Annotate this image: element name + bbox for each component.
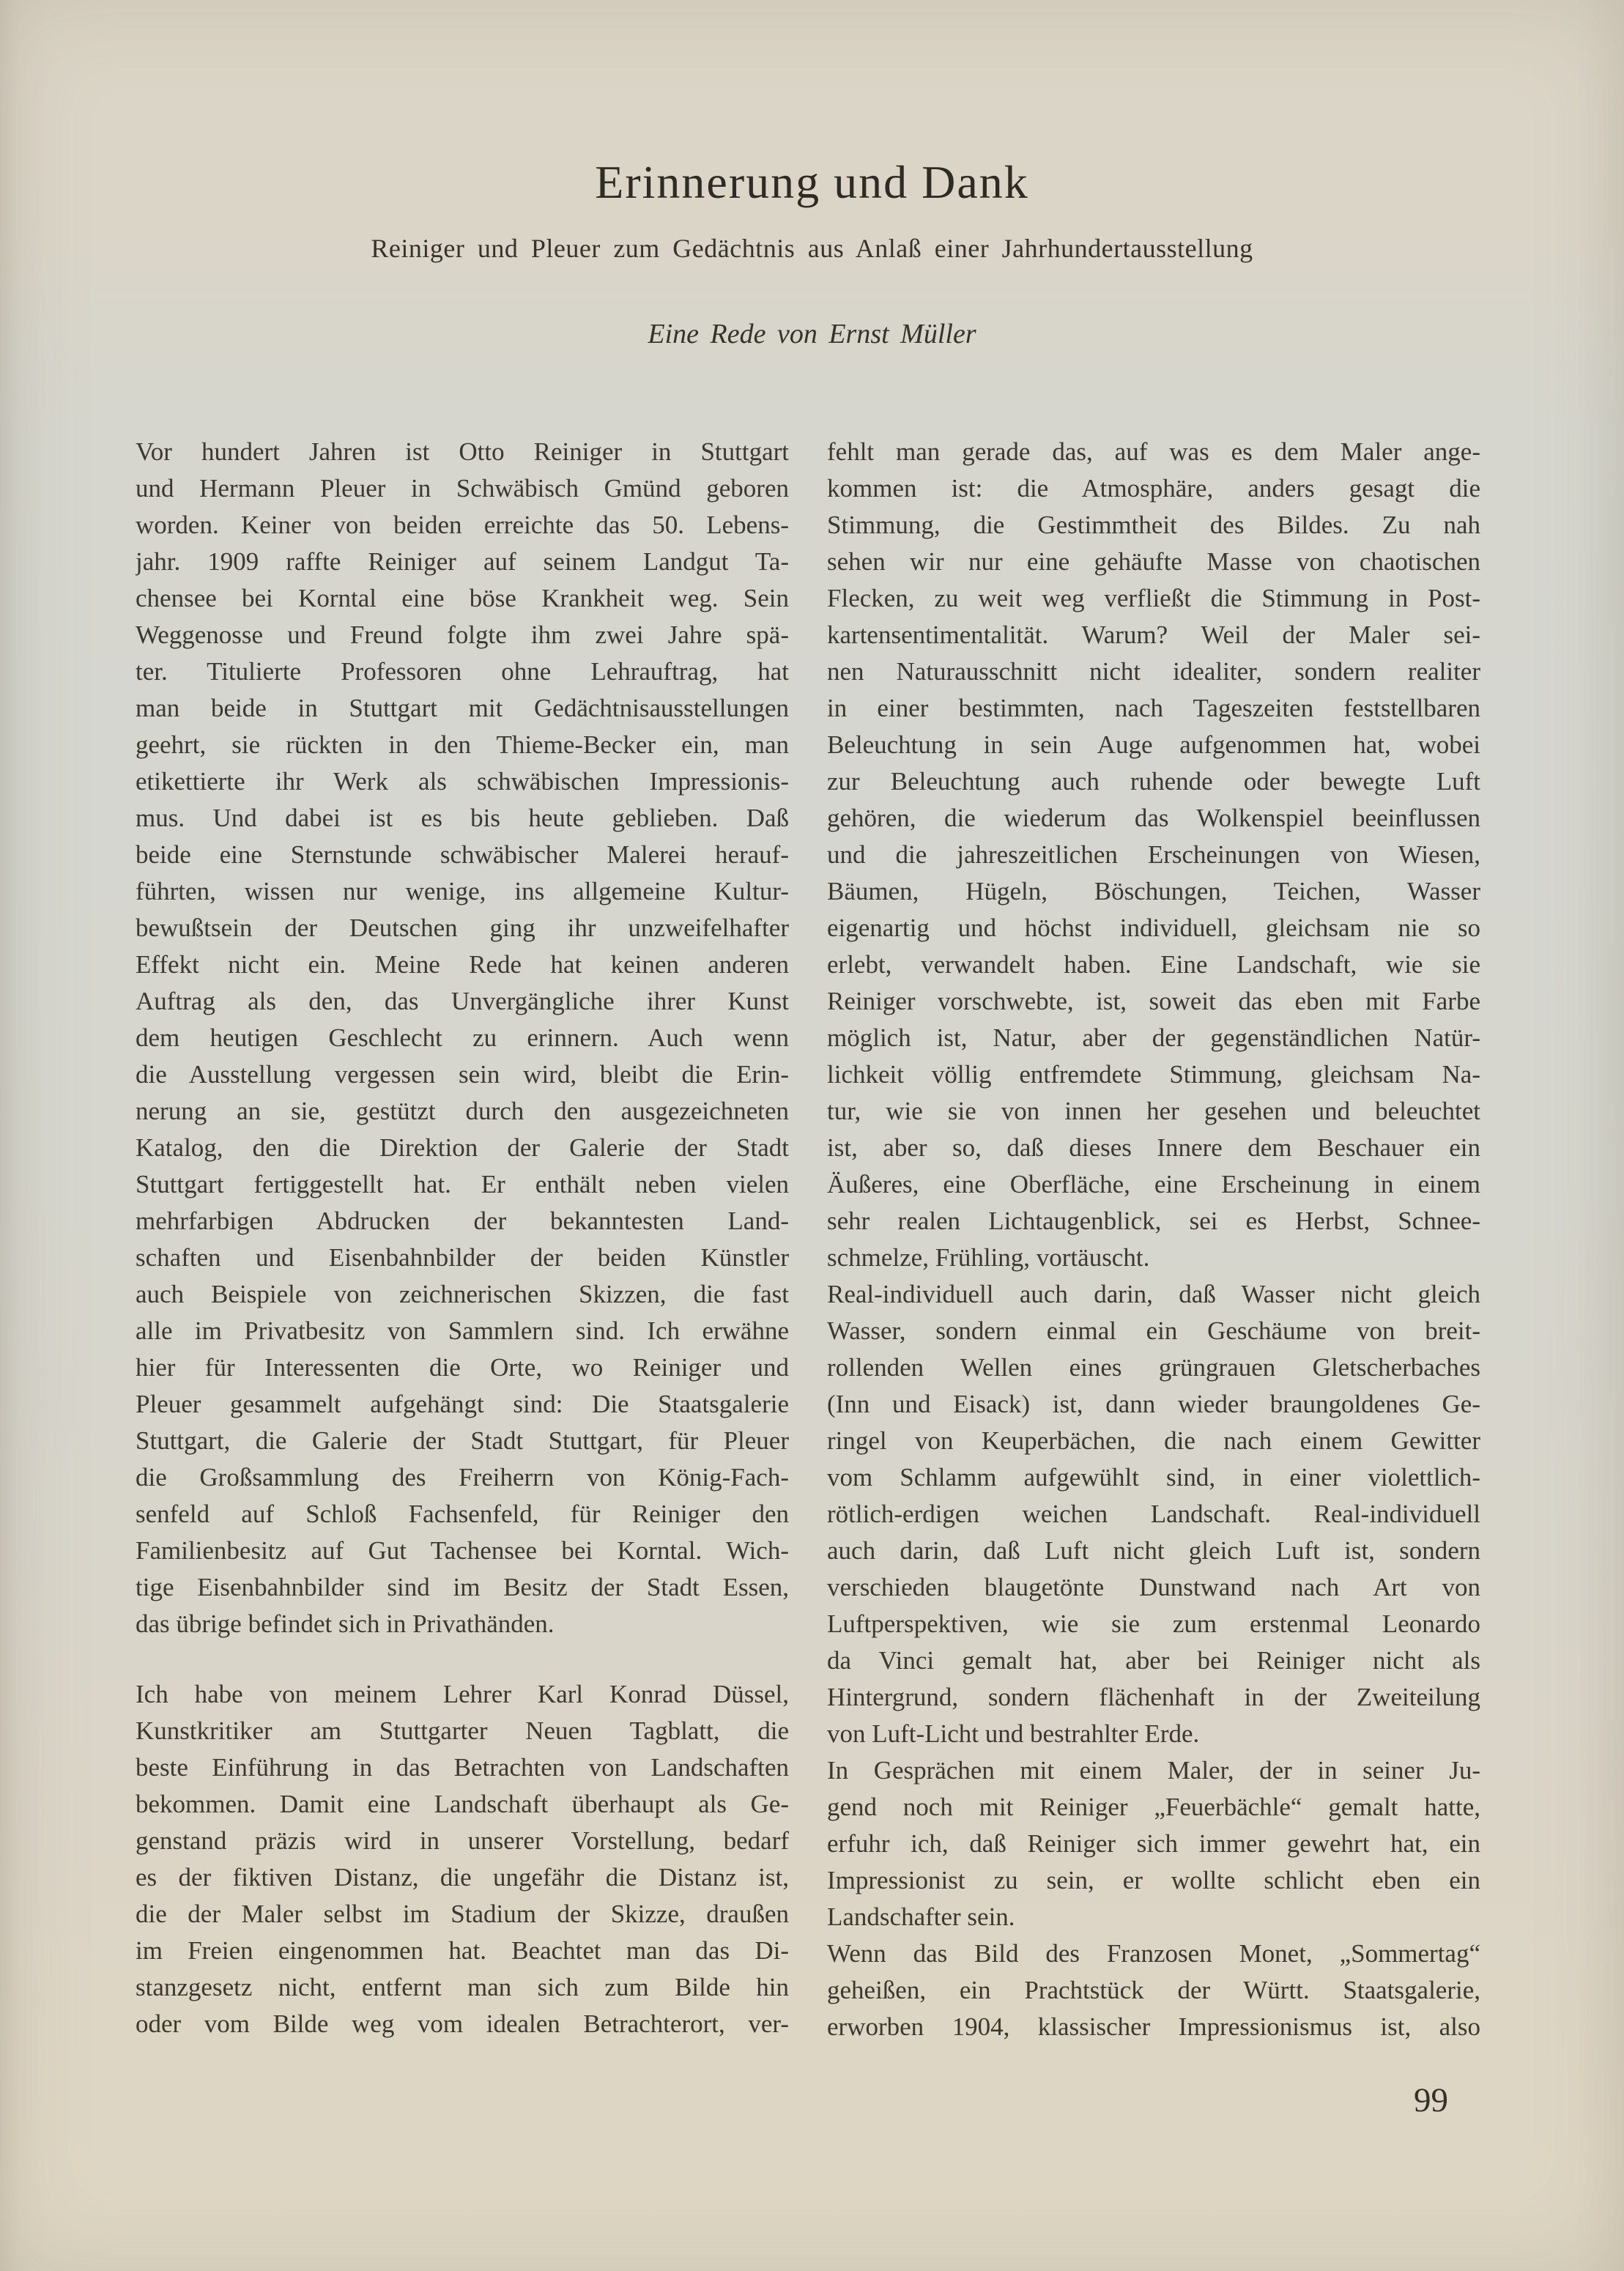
text-line: erlebt, verwandelt haben. Eine Landschaf… bbox=[827, 946, 1480, 983]
text-line: verschieden blaugetönte Dunstwand nach A… bbox=[827, 1569, 1480, 1606]
text-line: ringel von Keuperbächen, die nach einem … bbox=[827, 1423, 1480, 1459]
text-line: erworben 1904, klassischer Impressionism… bbox=[827, 2009, 1480, 2045]
page-title: Erinnerung und Dank bbox=[0, 155, 1624, 210]
text-line: Vor hundert Jahren ist Otto Reiniger in … bbox=[136, 434, 789, 470]
text-line: Auftrag als den, das Unvergängliche ihre… bbox=[136, 983, 789, 1020]
text-line: beste Einführung in das Betrachten von L… bbox=[136, 1749, 789, 1786]
text-line: Beleuchtung in sein Auge aufgenommen hat… bbox=[827, 727, 1480, 763]
text-line: Familienbesitz auf Gut Tachensee bei Kor… bbox=[136, 1533, 789, 1569]
text-line: führten, wissen nur wenige, ins allgemei… bbox=[136, 873, 789, 910]
left-column: Vor hundert Jahren ist Otto Reiniger in … bbox=[136, 434, 789, 2045]
text-line: mus. Und dabei ist es bis heute gebliebe… bbox=[136, 800, 789, 837]
page-number: 99 bbox=[1414, 2081, 1448, 2120]
text-line: Pleuer gesammelt aufgehängt sind: Die St… bbox=[136, 1386, 789, 1423]
paragraph: Vor hundert Jahren ist Otto Reiniger in … bbox=[136, 434, 789, 1642]
text-line: schaften und Eisenbahnbilder der beiden … bbox=[136, 1240, 789, 1276]
text-line: im Freien eingenommen hat. Beachtet man … bbox=[136, 1933, 789, 1969]
text-line: eigenartig und höchst individuell, gleic… bbox=[827, 910, 1480, 946]
text-line: Reiniger vorschwebte, ist, soweit das eb… bbox=[827, 983, 1480, 1020]
text-line: genstand präzis wird in unserer Vorstell… bbox=[136, 1823, 789, 1859]
text-line: die Ausstellung vergessen sein wird, ble… bbox=[136, 1056, 789, 1093]
paragraph: Ich habe von meinem Lehrer Karl Konrad D… bbox=[136, 1676, 789, 2042]
text-line: es der fiktiven Distanz, die ungefähr di… bbox=[136, 1859, 789, 1896]
text-line: bekommen. Damit eine Landschaft überhaup… bbox=[136, 1786, 789, 1823]
text-line: Effekt nicht ein. Meine Rede hat keinen … bbox=[136, 946, 789, 983]
text-line: Landschafter sein. bbox=[827, 1899, 1480, 1935]
text-line: lichkeit völlig entfremdete Stimmung, gl… bbox=[827, 1056, 1480, 1093]
text-line: Wenn das Bild des Franzosen Monet, „Somm… bbox=[827, 1935, 1480, 1972]
text-line: gend noch mit Reiniger „Feuerbächle“ gem… bbox=[827, 1789, 1480, 1826]
text-line: auch darin, daß Luft nicht gleich Luft i… bbox=[827, 1533, 1480, 1569]
text-line: ter. Titulierte Professoren ohne Lehrauf… bbox=[136, 653, 789, 690]
text-line: Luftperspektiven, wie sie zum erstenmal … bbox=[827, 1606, 1480, 1642]
text-line: kartensentimentalität. Warum? Weil der M… bbox=[827, 617, 1480, 653]
text-line: ist, aber so, daß dieses Innere dem Besc… bbox=[827, 1130, 1480, 1166]
text-line: hier für Interessenten die Orte, wo Rein… bbox=[136, 1349, 789, 1386]
text-line: kommen ist: die Atmosphäre, anders gesag… bbox=[827, 470, 1480, 507]
text-line: Real-individuell auch darin, daß Wasser … bbox=[827, 1276, 1480, 1313]
text-line: und Hermann Pleuer in Schwäbisch Gmünd g… bbox=[136, 470, 789, 507]
text-line: dem heutigen Geschlecht zu erinnern. Auc… bbox=[136, 1020, 789, 1056]
text-line: zur Beleuchtung auch ruhende oder bewegt… bbox=[827, 763, 1480, 800]
text-line: (Inn und Eisack) ist, dann wieder braung… bbox=[827, 1386, 1480, 1423]
text-line: fehlt man gerade das, auf was es dem Mal… bbox=[827, 434, 1480, 470]
text-line: die Großsammlung des Freiherrn von König… bbox=[136, 1459, 789, 1496]
text-line: schmelze, Frühling, vortäuscht. bbox=[827, 1240, 1480, 1276]
text-line: jahr. 1909 raffte Reiniger auf seinem La… bbox=[136, 544, 789, 580]
text-line: erfuhr ich, daß Reiniger sich immer gewe… bbox=[827, 1826, 1480, 1862]
text-line: Hintergrund, sondern flächenhaft in der … bbox=[827, 1679, 1480, 1716]
text-line: Stimmung, die Gestimmtheit des Bildes. Z… bbox=[827, 507, 1480, 544]
text-line: Ich habe von meinem Lehrer Karl Konrad D… bbox=[136, 1676, 789, 1713]
text-line: beide eine Sternstunde schwäbischer Male… bbox=[136, 837, 789, 873]
text-line: da Vinci gemalt hat, aber bei Reiniger n… bbox=[827, 1642, 1480, 1679]
byline: Eine Rede von Ernst Müller bbox=[0, 318, 1624, 350]
text-line: in einer bestimmten, nach Tageszeiten fe… bbox=[827, 690, 1480, 727]
text-line: oder vom Bilde weg vom idealen Betrachte… bbox=[136, 2006, 789, 2042]
text-line: möglich ist, Natur, aber der gegenständl… bbox=[827, 1020, 1480, 1056]
paragraph: Real-individuell auch darin, daß Wasser … bbox=[827, 1276, 1480, 1752]
text-line: auch Beispiele von zeichnerischen Skizze… bbox=[136, 1276, 789, 1313]
text-line: senfeld auf Schloß Fachsenfeld, für Rein… bbox=[136, 1496, 789, 1533]
text-line: geheißen, ein Prachtstück der Württ. Sta… bbox=[827, 1972, 1480, 2009]
paragraph: Wenn das Bild des Franzosen Monet, „Somm… bbox=[827, 1935, 1480, 2045]
text-line: und die jahreszeitlichen Erscheinungen v… bbox=[827, 837, 1480, 873]
right-column: fehlt man gerade das, auf was es dem Mal… bbox=[827, 434, 1480, 2045]
text-line: Wasser, sondern einmal ein Geschäume von… bbox=[827, 1313, 1480, 1349]
text-line: nerung an sie, gestützt durch den ausgez… bbox=[136, 1093, 789, 1130]
text-line: Katalog, den die Direktion der Galerie d… bbox=[136, 1130, 789, 1166]
text-line: In Gesprächen mit einem Maler, der in se… bbox=[827, 1752, 1480, 1789]
text-line: mehrfarbigen Abdrucken der bekanntesten … bbox=[136, 1203, 789, 1240]
text-line: rötlich-erdigen weichen Landschaft. Real… bbox=[827, 1496, 1480, 1533]
text-line: Flecken, zu weit weg verfließt die Stimm… bbox=[827, 580, 1480, 617]
page-subtitle: Reiniger und Pleuer zum Gedächtnis aus A… bbox=[0, 233, 1624, 264]
text-line: etikettierte ihr Werk als schwäbischen I… bbox=[136, 763, 789, 800]
text-line: sehr realen Lichtaugenblick, sei es Herb… bbox=[827, 1203, 1480, 1240]
text-line: das übrige befindet sich in Privathänden… bbox=[136, 1606, 789, 1642]
paragraph: In Gesprächen mit einem Maler, der in se… bbox=[827, 1752, 1480, 1935]
text-line: Stuttgart fertiggestellt hat. Er enthält… bbox=[136, 1166, 789, 1203]
scanned-book-page: Erinnerung und Dank Reiniger und Pleuer … bbox=[0, 0, 1624, 2271]
text-line: tige Eisenbahnbilder sind im Besitz der … bbox=[136, 1569, 789, 1606]
text-line: bewußtsein der Deutschen ging ihr unzwei… bbox=[136, 910, 789, 946]
text-line: von Luft-Licht und bestrahlter Erde. bbox=[827, 1716, 1480, 1752]
paragraph: fehlt man gerade das, auf was es dem Mal… bbox=[827, 434, 1480, 1276]
text-line: gehören, die wiederum das Wolkenspiel be… bbox=[827, 800, 1480, 837]
text-line: Bäumen, Hügeln, Böschungen, Teichen, Was… bbox=[827, 873, 1480, 910]
text-line: Weggenosse und Freund folgte ihm zwei Ja… bbox=[136, 617, 789, 653]
text-line: man beide in Stuttgart mit Gedächtnisaus… bbox=[136, 690, 789, 727]
text-line: geehrt, sie rückten in den Thieme-Becker… bbox=[136, 727, 789, 763]
text-line: tur, wie sie von innen her gesehen und b… bbox=[827, 1093, 1480, 1130]
text-line: die der Maler selbst im Stadium der Skiz… bbox=[136, 1896, 789, 1933]
text-line: rollenden Wellen eines grüngrauen Gletsc… bbox=[827, 1349, 1480, 1386]
text-line: vom Schlamm aufgewühlt sind, in einer vi… bbox=[827, 1459, 1480, 1496]
text-line: Stuttgart, die Galerie der Stadt Stuttga… bbox=[136, 1423, 789, 1459]
text-line: Äußeres, eine Oberfläche, eine Erscheinu… bbox=[827, 1166, 1480, 1203]
text-line: worden. Keiner von beiden erreichte das … bbox=[136, 507, 789, 544]
text-line: nen Naturausschnitt nicht idealiter, son… bbox=[827, 653, 1480, 690]
text-line: sehen wir nur eine gehäufte Masse von ch… bbox=[827, 544, 1480, 580]
text-line: stanzgesetz nicht, entfernt man sich zum… bbox=[136, 1969, 789, 2006]
text-line: Impressionist zu sein, er wollte schlich… bbox=[827, 1862, 1480, 1899]
text-line: Kunstkritiker am Stuttgarter Neuen Tagbl… bbox=[136, 1713, 789, 1749]
text-line: alle im Privatbesitz von Sammlern sind. … bbox=[136, 1313, 789, 1349]
text-line: chensee bei Korntal eine böse Krankheit … bbox=[136, 580, 789, 617]
text-columns: Vor hundert Jahren ist Otto Reiniger in … bbox=[136, 434, 1480, 2045]
